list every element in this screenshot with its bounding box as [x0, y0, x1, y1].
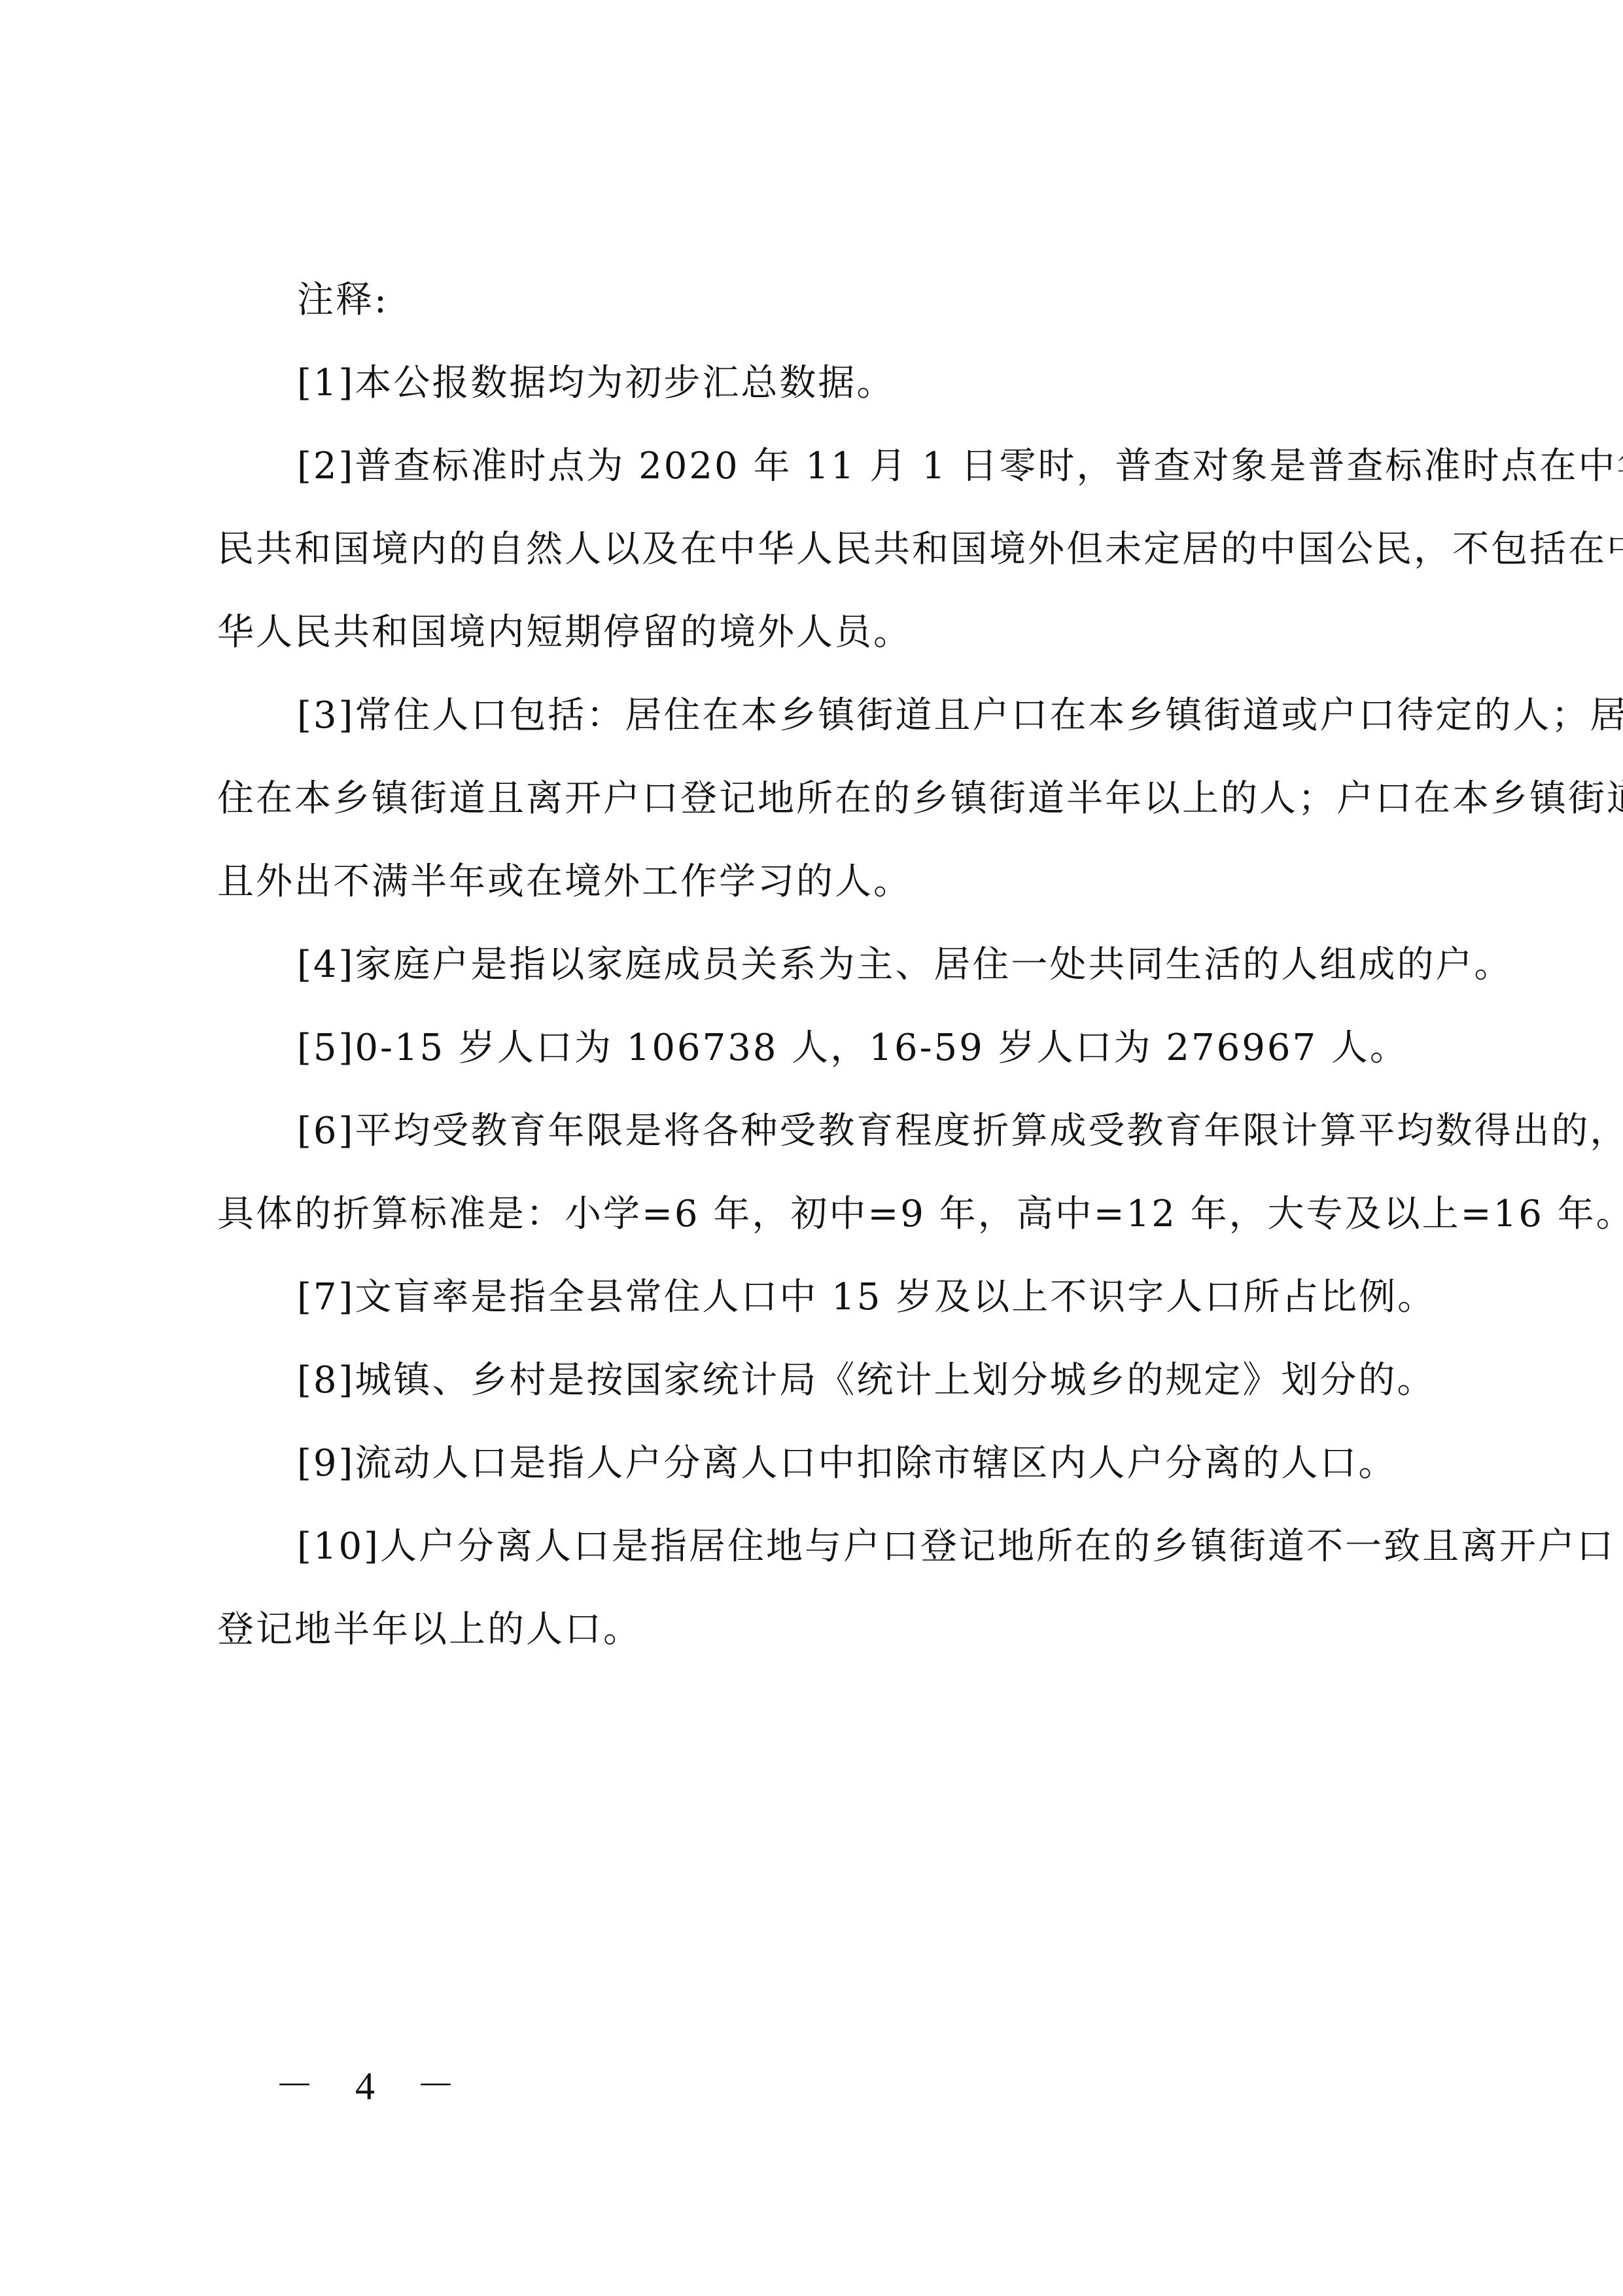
note-8-line-1: [8]城镇、乡村是按国家统计局《统计上划分城乡的规定》划分的。	[217, 1339, 1408, 1422]
note-5-line-1: [5]0-15 岁人口为 106738 人，16-59 岁人口为 276967 …	[217, 1006, 1408, 1089]
note-6-line-2: 具体的折算标准是：小学=6 年，初中=9 年，高中=12 年，大专及以上=16 …	[217, 1173, 1408, 1256]
note-6: [6]平均受教育年限是将各种受教育程度折算成受教育年限计算平均数得出的， 具体的…	[217, 1089, 1408, 1256]
note-3-line-3: 且外出不满半年或在境外工作学习的人。	[217, 840, 1408, 923]
note-7-line-1: [7]文盲率是指全县常住人口中 15 岁及以上不识字人口所占比例。	[217, 1256, 1408, 1339]
note-3-line-2: 住在本乡镇街道且离开户口登记地所在的乡镇街道半年以上的人；户口在本乡镇街道	[217, 757, 1408, 840]
note-6-line-1: [6]平均受教育年限是将各种受教育程度折算成受教育年限计算平均数得出的，	[217, 1089, 1408, 1173]
note-9-line-1: [9]流动人口是指人户分离人口中扣除市辖区内人户分离的人口。	[217, 1422, 1408, 1505]
note-3: [3]常住人口包括：居住在本乡镇街道且户口在本乡镇街道或户口待定的人；居 住在本…	[217, 674, 1408, 923]
notes-heading: 注释:	[217, 258, 1408, 342]
note-10: [10]人户分离人口是指居住地与户口登记地所在的乡镇街道不一致且离开户口 登记地…	[217, 1505, 1408, 1671]
note-8: [8]城镇、乡村是按国家统计局《统计上划分城乡的规定》划分的。	[217, 1339, 1408, 1422]
note-2-line-1: [2]普查标准时点为 2020 年 11 月 1 日零时，普查对象是普查标准时点…	[217, 425, 1408, 508]
note-7: [7]文盲率是指全县常住人口中 15 岁及以上不识字人口所占比例。	[217, 1256, 1408, 1339]
notes-section: 注释: [1]本公报数据均为初步汇总数据。 [2]普查标准时点为 2020 年 …	[217, 258, 1408, 1671]
note-10-line-2: 登记地半年以上的人口。	[217, 1588, 1408, 1671]
note-9: [9]流动人口是指人户分离人口中扣除市辖区内人户分离的人口。	[217, 1422, 1408, 1505]
note-2: [2]普查标准时点为 2020 年 11 月 1 日零时，普查对象是普查标准时点…	[217, 425, 1408, 674]
note-5: [5]0-15 岁人口为 106738 人，16-59 岁人口为 276967 …	[217, 1006, 1408, 1089]
note-1: [1]本公报数据均为初步汇总数据。	[217, 342, 1408, 425]
page-number: － 4 －	[275, 2055, 471, 2111]
note-2-line-3: 华人民共和国境内短期停留的境外人员。	[217, 591, 1408, 674]
note-2-line-2: 民共和国境内的自然人以及在中华人民共和国境外但未定居的中国公民，不包括在中	[217, 508, 1408, 591]
note-3-line-1: [3]常住人口包括：居住在本乡镇街道且户口在本乡镇街道或户口待定的人；居	[217, 674, 1408, 757]
document-page: 注释: [1]本公报数据均为初步汇总数据。 [2]普查标准时点为 2020 年 …	[0, 0, 1623, 2296]
note-10-line-1: [10]人户分离人口是指居住地与户口登记地所在的乡镇街道不一致且离开户口	[217, 1505, 1408, 1588]
note-1-line-1: [1]本公报数据均为初步汇总数据。	[217, 342, 1408, 425]
note-4-line-1: [4]家庭户是指以家庭成员关系为主、居住一处共同生活的人组成的户。	[217, 923, 1408, 1006]
note-4: [4]家庭户是指以家庭成员关系为主、居住一处共同生活的人组成的户。	[217, 923, 1408, 1006]
